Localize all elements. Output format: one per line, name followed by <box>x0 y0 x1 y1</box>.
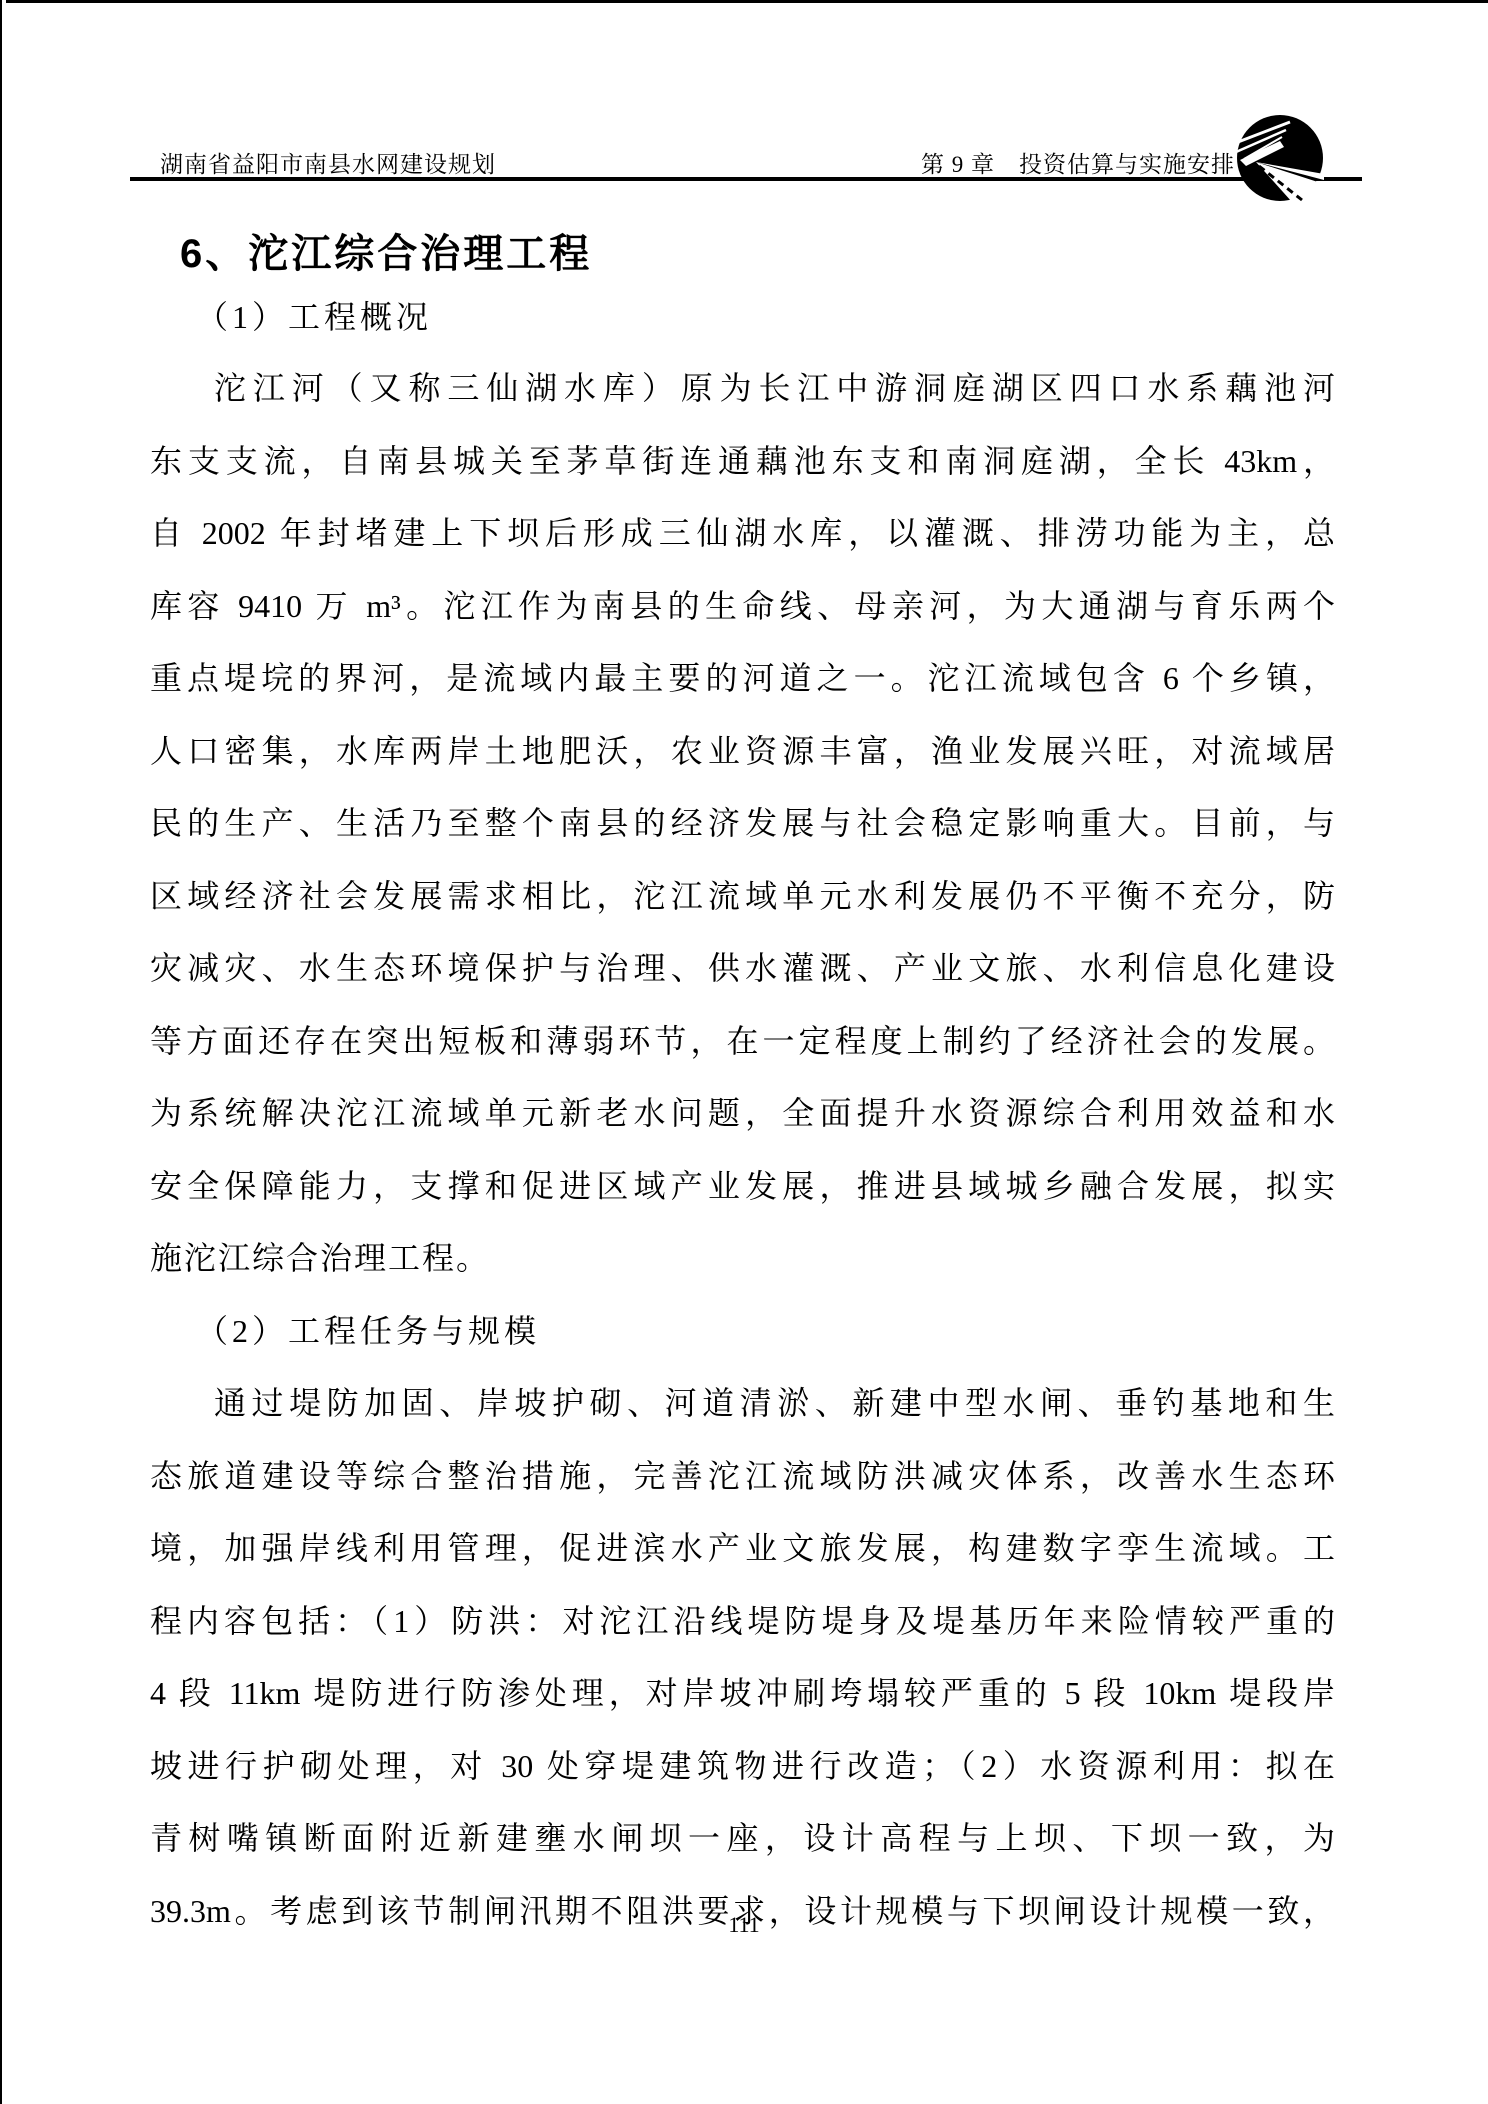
body-line: 区域经济社会发展需求相比，沱江流域单元水利发展仍不平衡不充分，防 <box>150 860 1335 933</box>
body-line: 东支支流，自南县城关至茅草街连通藕池东支和南洞庭湖，全长 43km， <box>150 425 1335 498</box>
header-right-title: 第 9 章 投资估算与实施安排 <box>921 146 1235 179</box>
header-left-title: 湖南省益阳市南县水网建设规划 <box>160 146 496 179</box>
subsection-2-title: （2）工程任务与规模 <box>150 1295 1335 1368</box>
body-line: 重点堤垸的界河，是流域内最主要的河道之一。沱江流域包含 6 个乡镇， <box>150 642 1335 715</box>
body-line: 境，加强岸线利用管理，促进滨水产业文旅发展，构建数字孪生流域。工 <box>150 1512 1335 1585</box>
body-line: 通过堤防加固、岸坡护砌、河道清淤、新建中型水闸、垂钓基地和生 <box>150 1367 1335 1440</box>
highway-logo-icon <box>1236 114 1324 202</box>
header-rule <box>130 177 1362 181</box>
body-line: 4 段 11km 堤防进行防渗处理，对岸坡冲刷垮塌较严重的 5 段 10km 堤… <box>150 1657 1335 1730</box>
body-line: 等方面还存在突出短板和薄弱环节，在一定程度上制约了经济社会的发展。 <box>150 1005 1335 1078</box>
body-line: 自 2002 年封堵建上下坝后形成三仙湖水库，以灌溉、排涝功能为主，总 <box>150 497 1335 570</box>
body-line: 民的生产、生活乃至整个南县的经济发展与社会稳定影响重大。目前，与 <box>150 787 1335 860</box>
body-line: 施沱江综合治理工程。 <box>150 1222 1335 1295</box>
body-line: 态旅道建设等综合整治措施，完善沱江流域防洪减灾体系，改善水生态环 <box>150 1440 1335 1513</box>
body-line: 库容 9410 万 m³。沱江作为南县的生命线、母亲河，为大通湖与育乐两个 <box>150 570 1335 643</box>
body-line: 灾减灾、水生态环境保护与治理、供水灌溉、产业文旅、水利信息化建设 <box>150 932 1335 1005</box>
body-line: 坡进行护砌处理，对 30 处穿堤建筑物进行改造；（2）水资源利用：拟在 <box>150 1730 1335 1803</box>
section-title: 6、沱江综合治理工程 <box>150 222 1335 279</box>
body-text: 沱江河（又称三仙湖水库）原为长江中游洞庭湖区四口水系藕池河 东支支流，自南县城关… <box>150 352 1335 1947</box>
body-line: 人口密集，水库两岸土地肥沃，农业资源丰富，渔业发展兴旺，对流域居 <box>150 715 1335 788</box>
subsection-1-title: （1）工程概况 <box>150 281 1335 353</box>
scan-edge-left <box>0 0 2 2104</box>
scan-edge-top <box>6 0 1488 3</box>
body-line: 沱江河（又称三仙湖水库）原为长江中游洞庭湖区四口水系藕池河 <box>150 352 1335 425</box>
document-page: 湖南省益阳市南县水网建设规划 第 9 章 投资估算与实施安排 6、沱江综合治理工… <box>0 0 1488 2104</box>
body-line: 安全保障能力，支撑和促进区域产业发展，推进县域城乡融合发展，拟实 <box>150 1150 1335 1223</box>
page-number: 111 <box>0 1912 1488 1938</box>
body-line: 青树嘴镇断面附近新建壅水闸坝一座，设计高程与上坝、下坝一致，为 <box>150 1802 1335 1875</box>
body-line: 程内容包括：（1）防洪：对沱江沿线堤防堤身及堤基历年来险情较严重的 <box>150 1585 1335 1658</box>
body-line: 为系统解决沱江流域单元新老水问题，全面提升水资源综合利用效益和水 <box>150 1077 1335 1150</box>
